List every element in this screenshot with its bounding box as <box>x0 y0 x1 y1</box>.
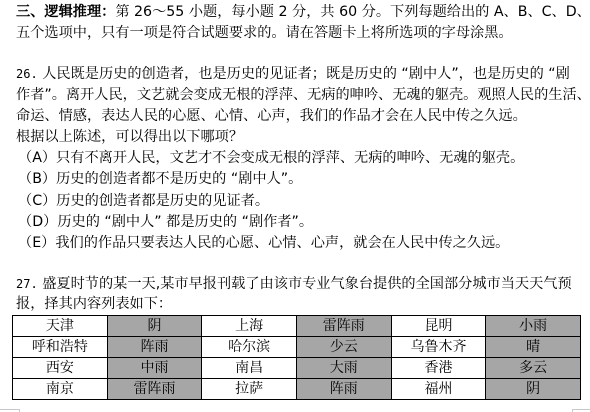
q27-stem-text-1: 盛夏时节的某一天,某市早报刊载了由该市专业气象台提供的全国部分城市当天天气预 <box>42 276 571 292</box>
q26-prompt: 根据以上陈述，可以得出以下哪项？ <box>16 127 243 147</box>
weather-cell: 雷阵雨 <box>296 316 391 337</box>
q27-stem-line-2: 报，择其内容列表如下： <box>16 294 172 314</box>
weather-cell: 少云 <box>296 337 391 358</box>
weather-cell: 晴 <box>486 337 581 358</box>
table-row: 南京 雷阵雨 拉萨 阵雨 福州 阴 <box>13 379 581 400</box>
q26-option-d: （D）历史的 “剧中人” 都是历史的 “剧作者”。 <box>18 212 313 232</box>
city-cell: 天津 <box>13 316 108 337</box>
table-row: 呼和浩特 阵雨 哈尔滨 少云 乌鲁木齐 晴 <box>13 337 581 358</box>
city-cell: 香港 <box>391 358 486 379</box>
option-text: 我们的作品只要表达人民的心愿、心情、心声，就会在人民中传之久远。 <box>55 235 509 251</box>
q26-number: 26. <box>16 67 38 81</box>
city-cell: 上海 <box>202 316 297 337</box>
weather-cell: 阵雨 <box>107 337 202 358</box>
q26-option-e: （E）我们的作品只要表达人民的心愿、心情、心声，就会在人民中传之久远。 <box>18 233 509 253</box>
q26-stem-text-1: 人民既是历史的创造者，也是历史的见证者；既是历史的 “剧中人”，也是历史的 “剧 <box>42 66 570 82</box>
weather-cell: 中雨 <box>107 358 202 379</box>
city-cell: 南昌 <box>202 358 297 379</box>
q26-option-c: （C）历史的创造者都是历史的见证者。 <box>18 191 269 211</box>
section-intro-line-1: 三、逻辑推理：第 26～55 小题，每小题 2 分，共 60 分。下列每题给出的… <box>16 2 590 22</box>
weather-cell: 阵雨 <box>296 379 391 400</box>
option-text: 历史的 “剧中人” 都是历史的 “剧作者”。 <box>57 214 313 230</box>
city-cell: 南京 <box>13 379 108 400</box>
weather-cell: 阴 <box>486 379 581 400</box>
weather-table: 天津 阴 上海 雷阵雨 昆明 小雨 呼和浩特 阵雨 哈尔滨 少云 乌鲁木齐 晴 … <box>12 315 581 400</box>
city-cell: 福州 <box>391 379 486 400</box>
section-intro-text-1: 第 26～55 小题，每小题 2 分，共 60 分。下列每题给出的 A、B、C、… <box>115 4 590 20</box>
q26-stem-line-3: 命运、情感，表达人民的心愿、心情、心声，我们的作品才会在人民中传之久远。 <box>16 106 527 126</box>
option-text: 历史的创造者都不是历史的 “剧中人”。 <box>56 171 302 187</box>
city-cell: 昆明 <box>391 316 486 337</box>
city-cell: 呼和浩特 <box>13 337 108 358</box>
option-label: （B） <box>18 171 56 187</box>
q26-option-a: （A）只有不离开人民，文艺才不会变成无根的浮萍、无病的呻吟、无魂的躯壳。 <box>18 148 524 168</box>
q26-stem-line-1: 26. 人民既是历史的创造者，也是历史的见证者；既是历史的 “剧中人”，也是历史… <box>16 64 570 84</box>
city-cell: 西安 <box>13 358 108 379</box>
weather-cell: 多云 <box>486 358 581 379</box>
option-label: （D） <box>18 214 57 230</box>
option-text: 历史的创造者都是历史的见证者。 <box>56 193 269 209</box>
option-text: 只有不离开人民，文艺才不会变成无根的浮萍、无病的呻吟、无魂的躯壳。 <box>56 150 524 166</box>
city-cell: 哈尔滨 <box>202 337 297 358</box>
table-row: 西安 中雨 南昌 大雨 香港 多云 <box>13 358 581 379</box>
weather-cell: 雷阵雨 <box>107 379 202 400</box>
weather-cell: 大雨 <box>296 358 391 379</box>
option-label: （C） <box>18 193 56 209</box>
weather-cell: 小雨 <box>486 316 581 337</box>
q27-stem-line-1: 27. 盛夏时节的某一天,某市早报刊载了由该市专业气象台提供的全国部分城市当天天… <box>16 274 572 294</box>
q26-option-b: （B）历史的创造者都不是历史的 “剧中人”。 <box>18 169 302 189</box>
q26-stem-line-2: 作者”。离开人民，文艺就会变成无根的浮萍、无病的呻吟、无魂的躯壳。观照人民的生活… <box>16 85 590 105</box>
city-cell: 拉萨 <box>202 379 297 400</box>
section-intro-line-2: 五个选项中，只有一项是符合试题要求的。请在答题卡上将所选项的字母涂黑。 <box>16 23 513 43</box>
city-cell: 乌鲁木齐 <box>391 337 486 358</box>
section-heading: 三、逻辑推理： <box>16 4 115 20</box>
weather-cell: 阴 <box>107 316 202 337</box>
table-row: 天津 阴 上海 雷阵雨 昆明 小雨 <box>13 316 581 337</box>
option-label: （E） <box>18 235 55 251</box>
q27-number: 27. <box>16 277 38 291</box>
option-label: （A） <box>18 150 56 166</box>
